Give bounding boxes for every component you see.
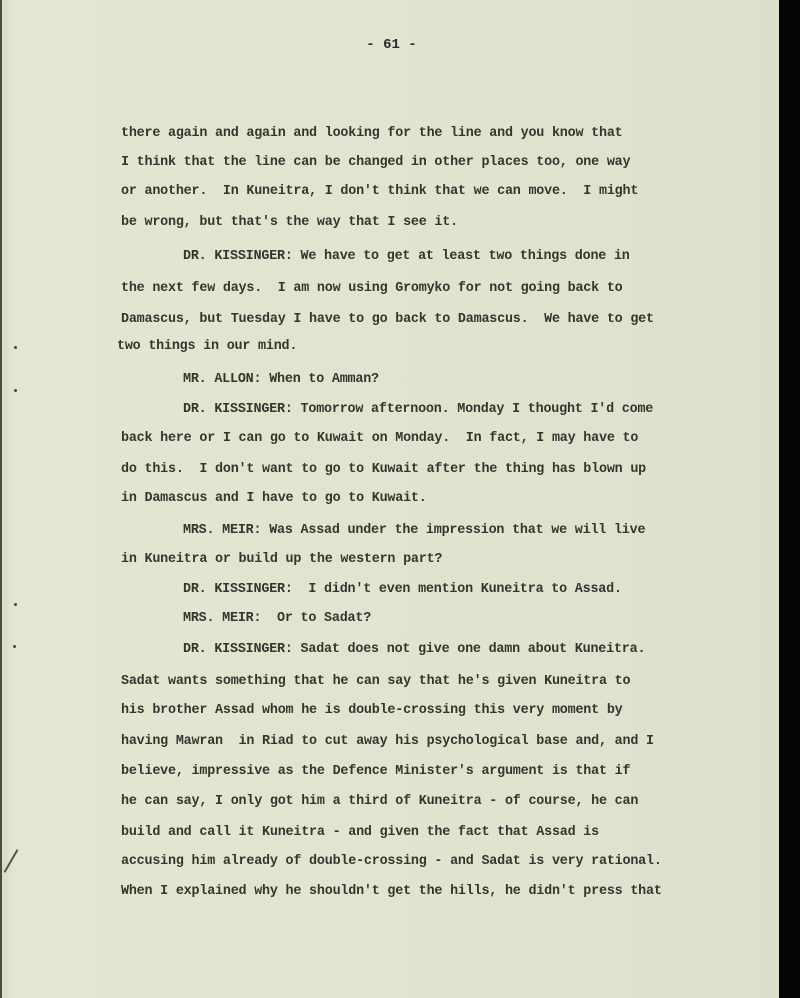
speaker-paragraph-line: MR. ALLON: When to Amman? xyxy=(183,372,379,387)
speaker-paragraph-line: DR. KISSINGER: We have to get at least t… xyxy=(183,249,630,264)
text-line: he can say, I only got him a third of Ku… xyxy=(121,794,638,809)
text-line: there again and again and looking for th… xyxy=(121,126,622,141)
margin-punch-mark xyxy=(14,603,17,606)
margin-pen-mark xyxy=(4,849,19,873)
text-line: do this. I don't want to go to Kuwait af… xyxy=(121,462,646,477)
text-line: or another. In Kuneitra, I don't think t… xyxy=(121,184,638,199)
text-line: believe, impressive as the Defence Minis… xyxy=(121,764,630,779)
margin-punch-mark xyxy=(13,645,16,648)
text-line: the next few days. I am now using Gromyk… xyxy=(121,281,622,296)
text-line: back here or I can go to Kuwait on Monda… xyxy=(121,431,638,446)
speaker-paragraph-line: MRS. MEIR: Was Assad under the impressio… xyxy=(183,523,645,538)
text-line: be wrong, but that's the way that I see … xyxy=(121,215,458,230)
text-line: his brother Assad whom he is double-cros… xyxy=(121,703,622,718)
text-line: build and call it Kuneitra - and given t… xyxy=(121,825,599,840)
speaker-paragraph-line: MRS. MEIR: Or to Sadat? xyxy=(183,611,371,626)
page-number: - 61 - xyxy=(2,37,781,53)
text-line: I think that the line can be changed in … xyxy=(121,155,630,170)
text-line: Damascus, but Tuesday I have to go back … xyxy=(121,312,654,327)
text-line: two things in our mind. xyxy=(117,339,297,354)
speaker-paragraph-line: DR. KISSINGER: I didn't even mention Kun… xyxy=(183,582,622,597)
document-page: - 61 - there again and again and looking… xyxy=(0,0,779,998)
scan-border xyxy=(779,0,800,998)
margin-punch-mark xyxy=(14,389,17,392)
text-line: When I explained why he shouldn't get th… xyxy=(121,884,662,899)
margin-punch-mark xyxy=(14,346,17,349)
text-line: Sadat wants something that he can say th… xyxy=(121,674,630,689)
text-line: accusing him already of double-crossing … xyxy=(121,854,662,869)
text-line: in Damascus and I have to go to Kuwait. xyxy=(121,491,427,506)
text-line: having Mawran in Riad to cut away his ps… xyxy=(121,734,654,749)
speaker-paragraph-line: DR. KISSINGER: Sadat does not give one d… xyxy=(183,642,645,657)
speaker-paragraph-line: DR. KISSINGER: Tomorrow afternoon. Monda… xyxy=(183,402,653,417)
text-line: in Kuneitra or build up the western part… xyxy=(121,552,442,567)
